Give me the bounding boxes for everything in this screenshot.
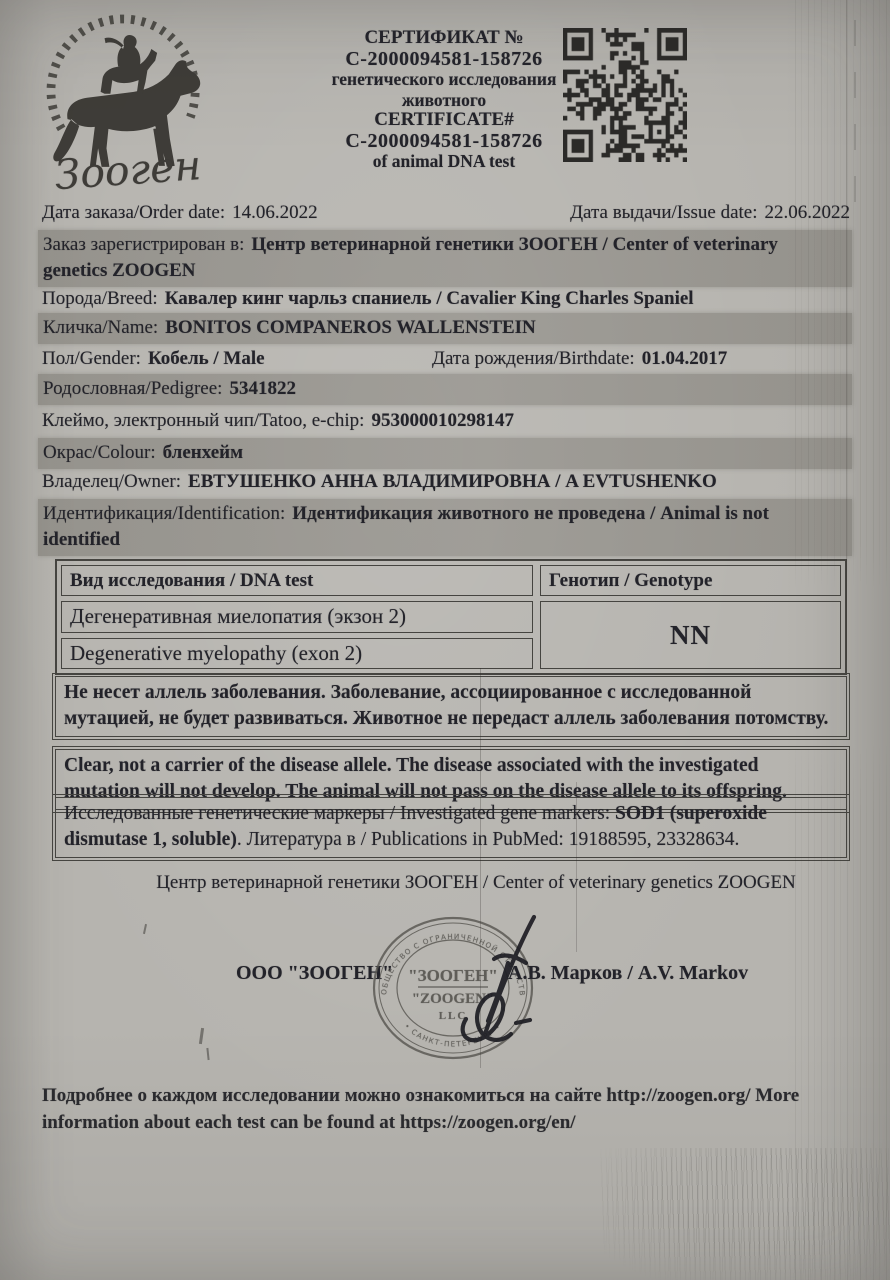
pedigree-value: 5341822 (229, 378, 296, 399)
name-label: Кличка/Name: (43, 317, 158, 338)
logo-rider-silhouette (101, 35, 158, 94)
markers-refs: 19188595, 23328634. (569, 829, 740, 850)
fold-crease (480, 668, 481, 1068)
center-name-line: Центр ветеринарной генетики ЗООГЕН / Cen… (104, 872, 848, 894)
name-value: BONITOS COMPANEROS WALLENSTEIN (165, 317, 536, 338)
gender-label: Пол/Gender: (42, 348, 141, 369)
field-order-date: Дата заказа/Order date:14.06.2022 (42, 200, 318, 226)
markers-prefix: Исследованные генетические маркеры / Inv… (64, 803, 615, 824)
breed-label: Порода/Breed: (42, 288, 158, 309)
results-table: Вид исследования / DNA test Дегенеративн… (55, 559, 847, 675)
certificate-scan: Зооген СЕРТИФИКАТ № С-2000094581-158726 … (0, 0, 890, 1280)
stamp-center-ru: "ЗООГЕН" (408, 966, 498, 985)
colour-value: бленхейм (163, 442, 243, 463)
scan-speck (199, 1028, 204, 1044)
field-owner: Владелец/Owner:ЕВТУШЕНКО АННА ВЛАДИМИРОВ… (42, 469, 717, 495)
field-colour: Окрас/Colour:бленхейм (38, 438, 852, 469)
fold-crease (576, 782, 577, 952)
breed-value: Кавалер кинг чарльз спаниель / Cavalier … (165, 288, 694, 309)
scan-scratches (600, 1148, 890, 1280)
footer-note-ru: Подробнее о каждом исследовании можно оз… (42, 1085, 755, 1106)
scan-streaks (795, 0, 890, 1280)
gender-value: Кобель / Male (148, 348, 265, 369)
markers-middle: . Литература в / Publications in PubMed: (237, 829, 569, 850)
field-name: Кличка/Name:BONITOS COMPANEROS WALLENSTE… (38, 313, 852, 344)
order-date-label: Дата заказа/Order date: (42, 202, 225, 223)
company-stamp: ОБЩЕСТВО С ОГРАНИЧЕННОЙ ОТВЕТСТВЕННОСТЬЮ… (356, 903, 570, 1071)
birthdate-label: Дата рождения/Birthdate: (432, 348, 635, 369)
registered-label: Заказ зарегистрирован в: (43, 234, 244, 255)
gene-markers-box: Исследованные генетические маркеры / Inv… (55, 797, 847, 858)
identification-label: Идентификация/Identification: (43, 503, 285, 524)
logo-caption: Зооген (53, 141, 203, 199)
test-name-en: Degenerative myelopathy (exon 2) (61, 638, 533, 670)
scan-speck (143, 924, 147, 934)
scan-speck (206, 1048, 209, 1060)
zoogen-logo: Зооген (30, 10, 220, 200)
result-text-ru: Не несет аллель заболевания. Заболевание… (55, 676, 847, 737)
issue-date-label: Дата выдачи/Issue date: (570, 202, 757, 223)
field-birthdate: Дата рождения/Birthdate:01.04.2017 (432, 346, 727, 372)
signer-name: А.В. Марков / A.V. Markov (508, 962, 748, 985)
field-identification: Идентификация/Identification:Идентификац… (38, 499, 852, 556)
field-breed: Порода/Breed:Кавалер кинг чарльз спаниел… (42, 286, 694, 312)
results-table-test-column: Вид исследования / DNA test Дегенеративн… (61, 565, 533, 669)
field-registered: Заказ зарегистрирован в:Центр ветеринарн… (38, 230, 852, 287)
birthdate-value: 01.04.2017 (642, 348, 728, 369)
tatoo-label: Клеймо, электронный чип/Tatoo, e-chip: (42, 410, 364, 431)
footer-note: Подробнее о каждом исследовании можно оз… (42, 1082, 820, 1136)
qr-code (563, 28, 687, 162)
field-gender: Пол/Gender:Кобель / Male (42, 346, 265, 372)
owner-label: Владелец/Owner: (42, 471, 181, 492)
order-date-value: 14.06.2022 (232, 202, 318, 223)
colour-label: Окрас/Colour: (43, 442, 156, 463)
pedigree-label: Родословная/Pedigree: (43, 378, 222, 399)
table-header-test: Вид исследования / DNA test (61, 565, 533, 596)
test-name-ru: Дегенеративная миелопатия (экзон 2) (61, 601, 533, 633)
field-tatoo: Клеймо, электронный чип/Tatoo, e-chip:95… (42, 408, 514, 434)
owner-value: ЕВТУШЕНКО АННА ВЛАДИМИРОВНА / A EVTUSHEN… (188, 471, 717, 492)
field-pedigree: Родословная/Pedigree:5341822 (38, 374, 852, 405)
tatoo-value: 953000010298147 (371, 410, 514, 431)
